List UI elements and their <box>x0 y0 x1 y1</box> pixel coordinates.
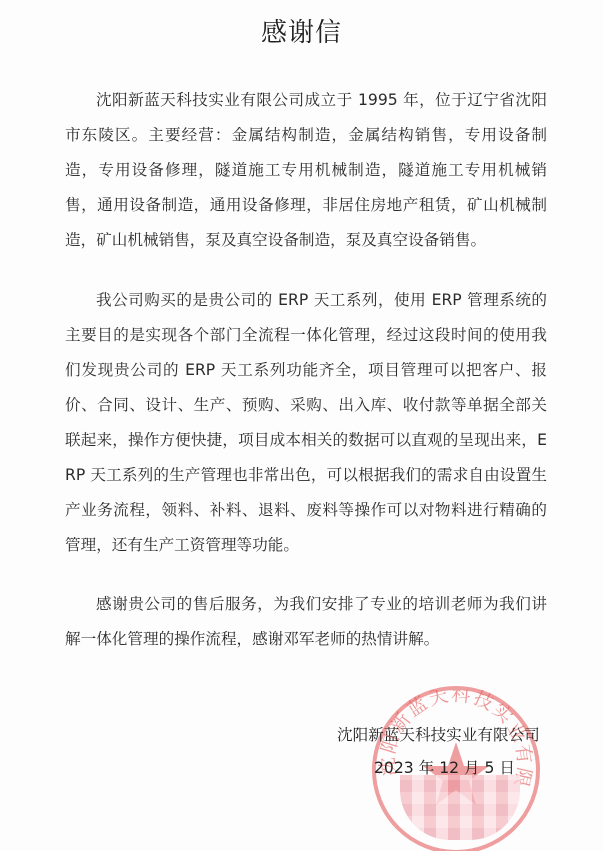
signature-date: 2023 年 12 月 5 日 <box>374 756 515 778</box>
paragraph-erp-usage: 我公司购买的是贵公司的 ERP 天工系列，使用 ERP 管理系统的主要目的是实现… <box>65 283 547 563</box>
paragraph-thanks: 感谢贵公司的售后服务，为我们安排了专业的培训老师为我们讲解一体化管理的操作流程，… <box>65 587 547 657</box>
letter-title: 感谢信 <box>0 12 603 49</box>
signature-organization: 沈阳新蓝天科技实业有限公司 <box>337 723 540 745</box>
paragraph-company-intro: 沈阳新蓝天科技实业有限公司成立于 1995 年，位于辽宁省沈阳市东陵区。主要经营… <box>65 83 547 258</box>
